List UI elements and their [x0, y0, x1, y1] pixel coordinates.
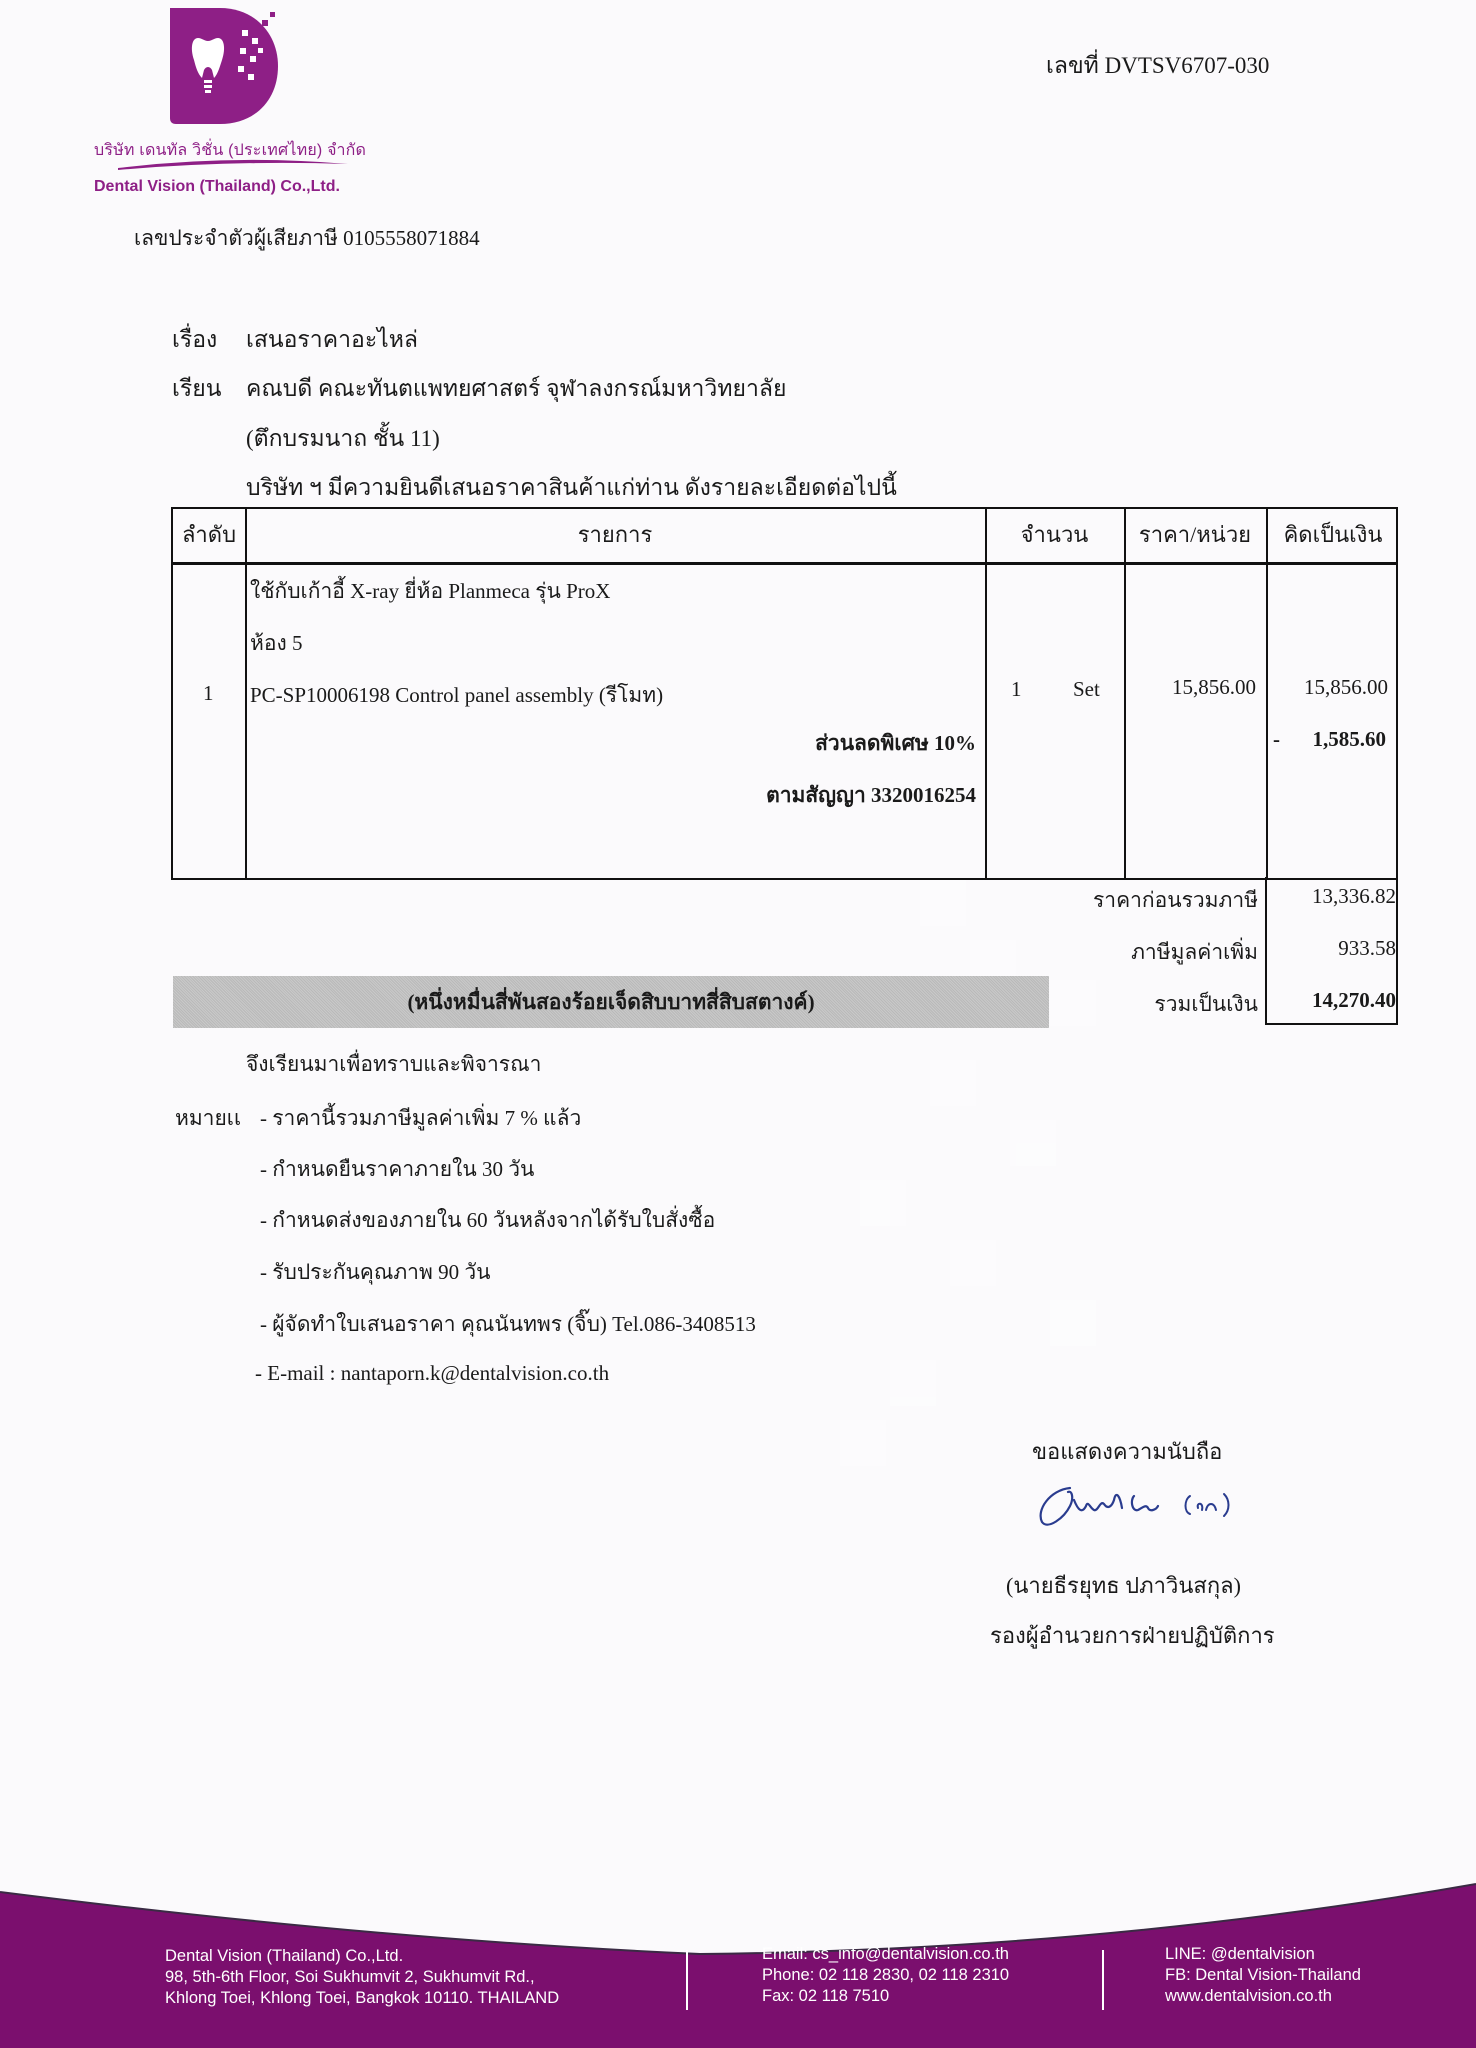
contract-number: ตามสัญญา 3320016254: [766, 779, 976, 812]
vat-label: ภาษีมูลค่าเพิ่ม: [1131, 936, 1258, 969]
company-name-english: Dental Vision (Thailand) Co.,Ltd.: [94, 178, 340, 196]
item-amount: 15,856.00: [1304, 675, 1388, 700]
note-item-2: - กำหนดยืนราคาภายใน 30 วัน: [260, 1153, 534, 1186]
footer-divider: [1102, 1950, 1104, 2010]
vat-value: 933.58: [1338, 936, 1396, 961]
intro-text: บริษัท ฯ มีความยินดีเสนอราคาสินค้าแก่ท่า…: [246, 470, 897, 506]
document-number-value: DVTSV6707-030: [1105, 53, 1270, 78]
logo-swoosh-icon: [118, 158, 348, 172]
tax-id: เลขประจำตัวผู้เสียภาษี 0105558071884: [134, 222, 480, 255]
discount-amount: 1,585.60: [1313, 727, 1387, 752]
recipient-line-2: (ตึกบรมนาถ ชั้น 11): [246, 421, 440, 457]
row-number: 1: [203, 681, 214, 706]
note-item-5: - ผู้จัดทำใบเสนอราคา คุณนันทพร (จิ๊บ) Te…: [260, 1308, 756, 1341]
footer-divider: [686, 1950, 688, 2010]
footer-contact: Email: cs_info@dentalvision.co.th Phone:…: [762, 1944, 1009, 2007]
total-value: 14,270.40: [1312, 988, 1396, 1013]
subtotal-label: ราคาก่อนรวมภาษี: [1093, 884, 1258, 917]
signature-closing: ขอแสดงความนับถือ: [1032, 1434, 1222, 1469]
closing-text: จึงเรียนมาเพื่อทราบและพิจารณา: [246, 1048, 541, 1081]
tax-id-label: เลขประจำตัวผู้เสียภาษี: [134, 226, 338, 250]
item-description-line-2: ห้อง 5: [250, 627, 302, 660]
discount-label: ส่วนลดพิเศษ 10%: [815, 727, 976, 760]
item-quantity: 1: [1011, 677, 1022, 702]
notes-label: หมายเเ: [175, 1102, 241, 1135]
document-number-label: เลขที่: [1046, 53, 1099, 78]
column-header-amount: คิดเป็นเงิน: [1266, 517, 1400, 552]
item-description-line-3: PC-SP10006198 Control panel assembly (รี…: [250, 679, 663, 712]
footer-phone: Phone: 02 118 2830, 02 118 2310: [762, 1965, 1009, 1986]
discount-sign: -: [1273, 727, 1280, 752]
subject-label: เรื่อง: [172, 322, 217, 358]
total-label: รวมเป็นเงิน: [1154, 988, 1258, 1021]
column-header-quantity: จำนวน: [985, 517, 1124, 552]
column-header-description: รายการ: [245, 517, 985, 552]
footer-address-line-3: Khlong Toei, Khlong Toei, Bangkok 10110.…: [165, 1988, 559, 2009]
recipient-label: เรียน: [172, 371, 221, 407]
item-description-line-1: ใช้กับเก้าอี้ X-ray ยี่ห้อ Planmeca รุ่น…: [250, 575, 610, 608]
footer-website[interactable]: www.dentalvision.co.th: [1165, 1986, 1361, 2007]
footer-fax: Fax: 02 118 7510: [762, 1986, 1009, 2007]
footer-address-line-2: 98, 5th-6th Floor, Soi Sukhumvit 2, Sukh…: [165, 1967, 559, 1988]
footer-company-name: Dental Vision (Thailand) Co.,Ltd.: [165, 1946, 559, 1967]
company-logo-icon: [170, 8, 280, 124]
subtotal-value: 13,336.82: [1312, 884, 1396, 909]
handwritten-signature-icon: [1030, 1470, 1280, 1540]
note-item-3: - กำหนดส่งของภายใน 60 วันหลังจากได้รับใบ…: [260, 1204, 715, 1237]
subject-value: เสนอราคาอะไหล่: [246, 322, 418, 358]
item-unit-price: 15,856.00: [1172, 675, 1256, 700]
items-table: ลำดับ รายการ จำนวน ราคา/หน่วย คิดเป็นเงิ…: [171, 507, 1398, 880]
note-item-4: - รับประกันคุณภาพ 90 วัน: [260, 1256, 490, 1289]
signatory-name: (นายธีรยุทธ ปภาวินสกุล): [1006, 1568, 1241, 1603]
note-item-1: - ราคานี้รวมภาษีมูลค่าเพิ่ม 7 % แล้ว: [260, 1102, 581, 1135]
document-number: เลขที่ DVTSV6707-030: [1046, 48, 1269, 84]
footer-facebook: FB: Dental Vision-Thailand: [1165, 1965, 1361, 1986]
signatory-title: รองผู้อำนวยการฝ่ายปฏิบัติการ: [990, 1618, 1275, 1653]
note-item-6: - E-mail : nantaporn.k@dentalvision.co.t…: [255, 1361, 609, 1386]
total-in-words: (หนึ่งหมื่นสี่พันสองร้อยเจ็ดสิบบาทสี่สิบ…: [173, 976, 1049, 1028]
footer-line-id: LINE: @dentalvision: [1165, 1944, 1361, 1965]
column-header-no: ลำดับ: [173, 517, 245, 552]
item-unit: Set: [1073, 677, 1100, 702]
column-header-unit-price: ราคา/หน่วย: [1124, 517, 1266, 552]
recipient-line-1: คณบดี คณะทันตแพทยศาสตร์ จุฬาลงกรณ์มหาวิท…: [246, 371, 786, 407]
footer-email[interactable]: Email: cs_info@dentalvision.co.th: [762, 1944, 1009, 1965]
tax-id-value: 0105558071884: [343, 226, 480, 250]
footer-social: LINE: @dentalvision FB: Dental Vision-Th…: [1165, 1944, 1361, 2007]
footer-address: Dental Vision (Thailand) Co.,Ltd. 98, 5t…: [165, 1946, 559, 2009]
